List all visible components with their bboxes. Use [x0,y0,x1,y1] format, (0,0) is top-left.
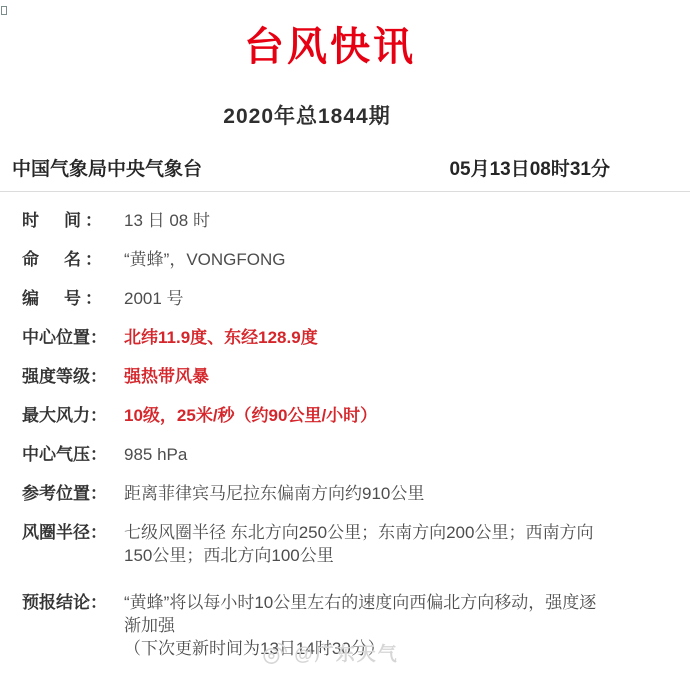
field-label: 命 名： [22,248,102,271]
field-label: 最大风力： [22,404,102,427]
row-time: 时 间： 13 日 08 时 [22,209,690,232]
field-value: “黄蜂”，VONGFONG [124,248,286,271]
typhoon-bulletin: 台风快讯 2020年总1844期 中国气象局中央气象台 05月13日08时31分… [0,0,690,673]
header-divider [0,191,690,192]
row-wind-circle-radius: 风圈半径： 七级风圈半径 东北方向250公里；东南方向200公里；西南方向150… [22,521,690,567]
field-label: 预报结论： [22,591,102,614]
field-value-highlighted: 强热带风暴 [124,365,209,388]
watermark: @广东天气 [0,639,660,666]
forecast-text: “黄蜂”将以每小时10公里左右的速度向西偏北方向移动，强度逐渐加强 [124,593,596,635]
row-center-position: 中心位置： 北纬11.9度、东经128.9度 [22,326,690,349]
bulletin-title: 台风快讯 [0,24,660,70]
row-max-wind: 最大风力： 10级，25米/秒（约90公里/小时） [22,404,690,427]
row-reference-position: 参考位置： 距离菲律宾马尼拉东偏南方向约910公里 [22,482,690,505]
row-number: 编 号： 2001 号 [22,287,690,310]
row-name: 命 名： “黄蜂”，VONGFONG [22,248,690,271]
masthead: 中国气象局中央气象台 05月13日08时31分 [0,154,690,181]
field-label: 编 号： [22,287,102,310]
agency-name: 中国气象局中央气象台 [12,154,202,181]
field-label: 中心气压： [22,443,102,466]
issued-datetime: 05月13日08时31分 [449,154,610,181]
row-central-pressure: 中心气压： 985 hPa [22,443,690,466]
field-label: 风圈半径： [22,521,102,544]
field-value-highlighted: 10级，25米/秒（约90公里/小时） [124,404,377,427]
field-label: 时 间： [22,209,102,232]
watermark-handle: @广东天气 [294,639,399,666]
row-intensity-grade: 强度等级： 强热带风暴 [22,365,690,388]
bulletin-rows: 时 间： 13 日 08 时 命 名： “黄蜂”，VONGFONG 编 号： 2… [0,209,690,660]
issue-number: 2020年总1844期 [0,100,614,130]
field-value-highlighted: 北纬11.9度、东经128.9度 [124,326,318,349]
field-label: 强度等级： [22,365,102,388]
weibo-icon [260,639,290,667]
field-value: 985 hPa [124,443,187,466]
field-value: 2001 号 [124,287,184,310]
field-value: 七级风圈半径 东北方向250公里；东南方向200公里；西南方向150公里；西北方… [124,521,610,567]
field-label: 中心位置： [22,326,102,349]
field-value: 距离菲律宾马尼拉东偏南方向约910公里 [124,482,424,505]
field-label: 参考位置： [22,482,102,505]
field-value: 13 日 08 时 [124,209,210,232]
screenshot-edge-artifact [1,6,7,15]
